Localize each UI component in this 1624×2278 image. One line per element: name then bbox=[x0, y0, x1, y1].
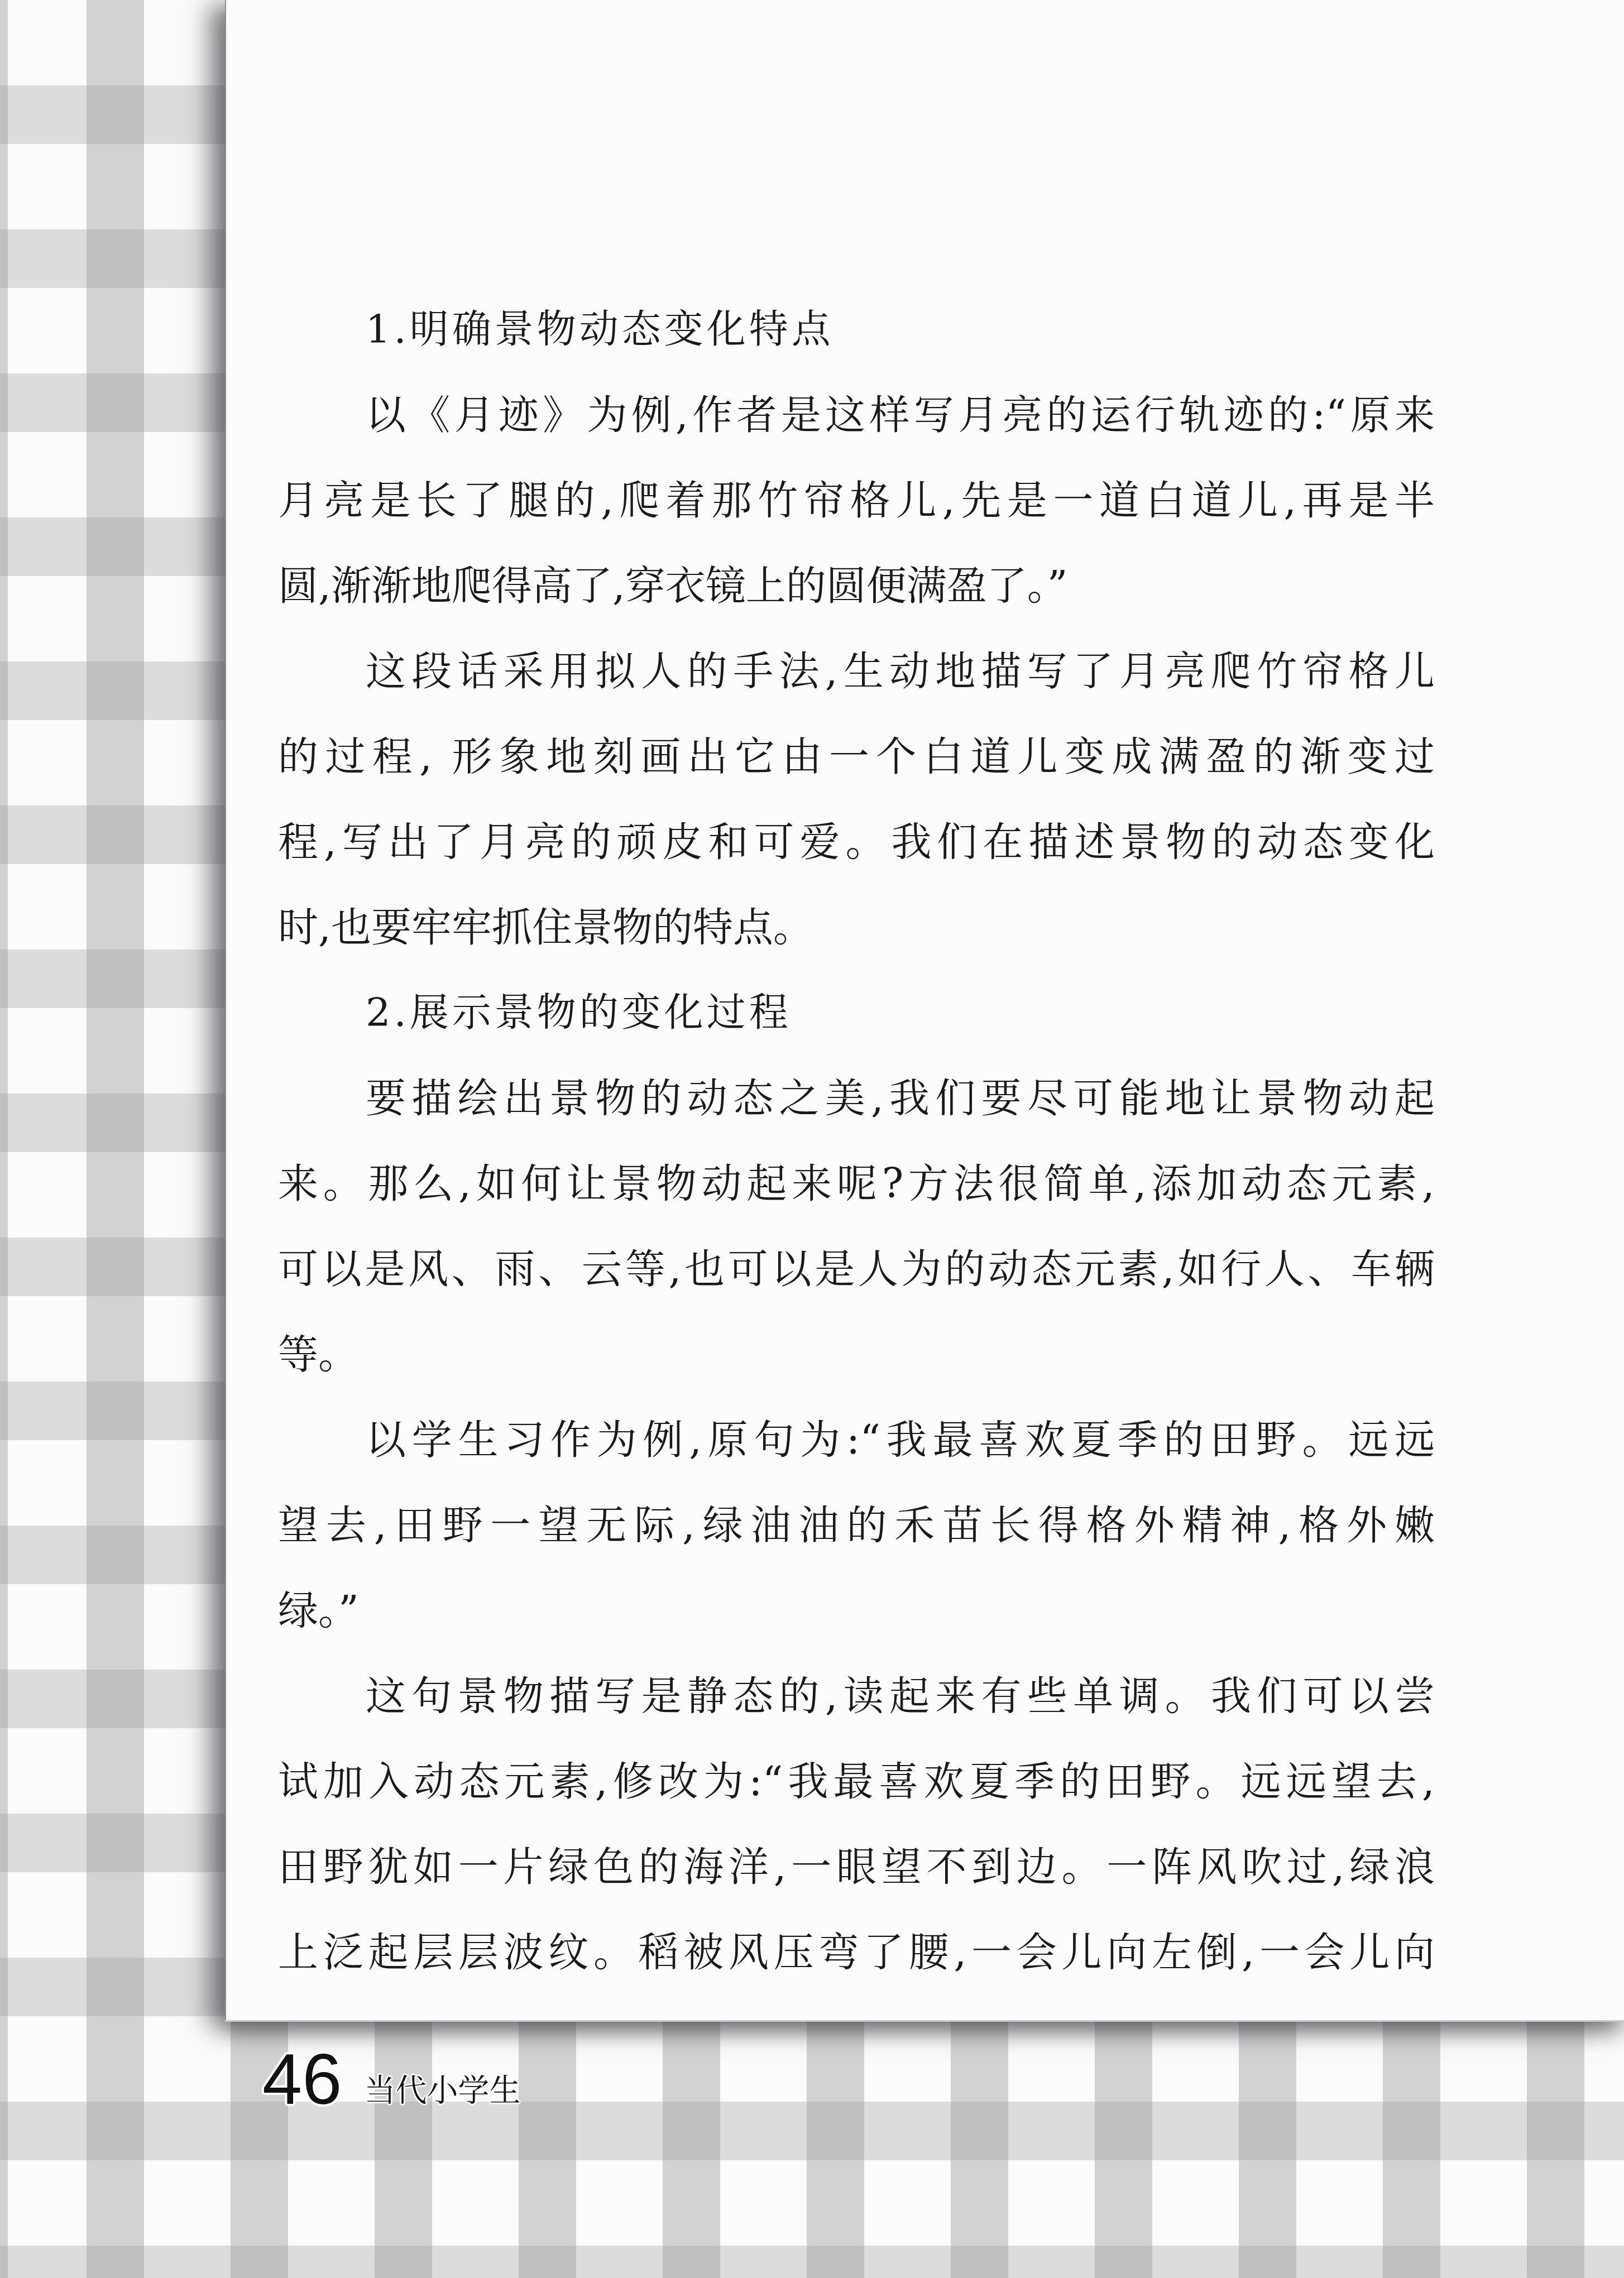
paragraph-line: 田野犹如一片绿色的海洋,一眼望不到边。一阵风吹过,绿浪 bbox=[278, 1839, 1435, 1895]
paragraph-line: 上泛起层层波纹。稻被风压弯了腰,一会儿向左倒,一会儿向 bbox=[278, 1924, 1435, 1980]
paragraph-line: 圆,渐渐地爬得高了,穿衣镜上的圆便满盈了。” bbox=[278, 558, 1435, 613]
page-sheet: 1.明确景物动态变化特点 以《月迹》为例,作者是这样写月亮的运行轨迹的:“原来 … bbox=[225, 0, 1624, 2022]
page-number: 46 bbox=[262, 2044, 342, 2116]
page-footer: 46 当代小学生 bbox=[262, 2032, 520, 2116]
paragraph-line: 时,也要牢牢抓住景物的特点。 bbox=[278, 899, 1435, 955]
paragraph-line: 的过程, 形象地刻画出它由一个白道儿变成满盈的渐变过 bbox=[278, 728, 1435, 784]
paragraph-line: 这句景物描写是静态的,读起来有些单调。我们可以尝 bbox=[366, 1668, 1435, 1724]
paragraph-line: 以《月迹》为例,作者是这样写月亮的运行轨迹的:“原来 bbox=[366, 387, 1435, 443]
paragraph-line: 绿。” bbox=[278, 1582, 1435, 1638]
paragraph-line: 这段话采用拟人的手法,生动地描写了月亮爬竹帘格儿 bbox=[366, 643, 1435, 699]
paragraph-line: 以学生习作为例,原句为:“我最喜欢夏季的田野。远远 bbox=[366, 1412, 1435, 1467]
page-bottom-edge bbox=[225, 2020, 1624, 2022]
gingham-edge-stripe bbox=[0, 0, 8, 2278]
paragraph-line: 月亮是长了腿的,爬着那竹帘格儿,先是一道白道儿,再是半 bbox=[278, 472, 1435, 528]
section-heading-1: 1.明确景物动态变化特点 bbox=[366, 301, 834, 357]
paragraph-line: 试加入动态元素,修改为:“我最喜欢夏季的田野。远远望去, bbox=[278, 1753, 1435, 1809]
paragraph-line: 可以是风、雨、云等,也可以是人为的动态元素,如行人、车辆 bbox=[278, 1241, 1435, 1297]
section-heading-2: 2.展示景物的变化过程 bbox=[366, 985, 792, 1040]
magazine-name: 当代小学生 bbox=[364, 2073, 520, 2109]
paragraph-line: 要描绘出景物的动态之美,我们要尽可能地让景物动起 bbox=[366, 1070, 1435, 1126]
paragraph-line: 来。那么,如何让景物动起来呢?方法很简单,添加动态元素, bbox=[278, 1155, 1435, 1211]
paragraph-line: 等。 bbox=[278, 1326, 1435, 1382]
page-left-edge bbox=[225, 0, 226, 2022]
paragraph-line: 望去,田野一望无际,绿油油的禾苗长得格外精神,格外嫩 bbox=[278, 1497, 1435, 1553]
paragraph-line: 程,写出了月亮的顽皮和可爱。我们在描述景物的动态变化 bbox=[278, 814, 1435, 870]
